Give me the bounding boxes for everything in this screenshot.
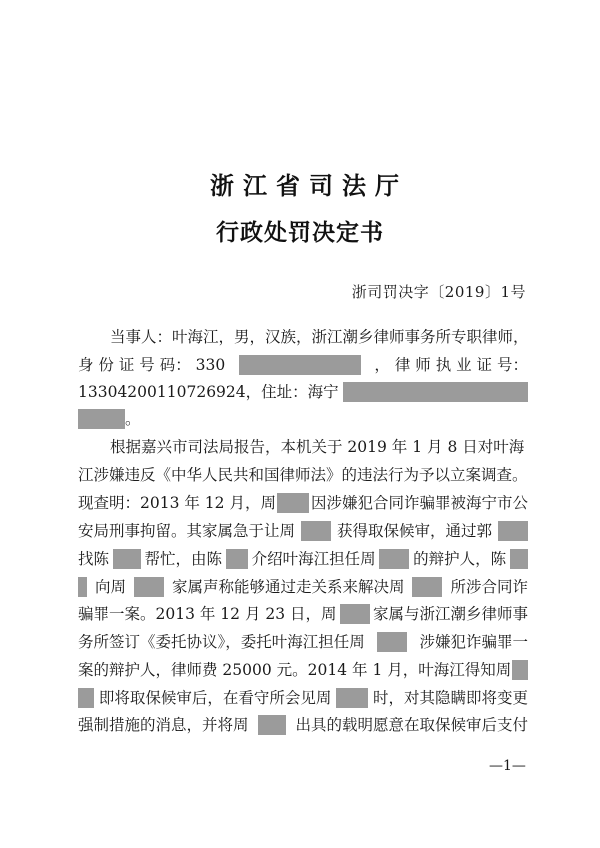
facts-text: 向周: [95, 576, 126, 598]
party-line-3: 13304200110726924，住址：海宁: [78, 381, 528, 403]
document-number: 浙司罚决字〔2019〕1号: [352, 281, 526, 302]
redacted-name: [301, 521, 331, 541]
redacted-name: [226, 549, 248, 569]
facts-text: 的辩护人，陈: [413, 548, 506, 570]
facts-text: 家属与浙江潮乡律师事: [373, 603, 528, 625]
facts-text: 涉嫌犯诈骗罪一: [419, 631, 528, 653]
facts-text: 因涉嫌犯合同诈骗罪被海宁市公: [311, 492, 528, 514]
party-line-1: 当事人：叶海江，男，汉族，浙江潮乡律师事务所专职律师，: [110, 326, 528, 348]
document-type-title: 行政处罚决定书: [0, 214, 600, 247]
redacted-name: [340, 604, 370, 624]
redacted-name: [78, 577, 87, 597]
facts-text: 现查明：2013 年 12 月，周: [78, 492, 276, 514]
facts-text: 案的辩护人，律师费 25000 元。2014 年 1 月，叶海江得知周: [78, 659, 511, 681]
period: 。: [125, 408, 141, 430]
facts-text: 找陈: [78, 548, 109, 570]
facts-text: 出具的载明愿意在取保候审后支付: [295, 714, 528, 736]
license-label: ， 律 师 执 业 证 号：: [374, 354, 528, 376]
facts-line-11: 强制措施的消息，并将周 出具的载明愿意在取保候审后支付: [78, 714, 528, 736]
redacted-name: [412, 577, 442, 597]
redacted-name: [510, 549, 528, 569]
facts-line-6: 向周 家属声称能够通过走关系来解决周 所涉合同诈: [78, 576, 528, 598]
facts-text: 骗罪一案。2013 年 12 月 23 日，周: [78, 603, 337, 625]
redacted-name: [377, 632, 407, 652]
facts-text: 根据嘉兴市司法局报告，本机关于 2019 年 1 月 8 日对叶海: [110, 436, 524, 458]
redacted-name: [258, 715, 286, 735]
redacted-name: [336, 688, 368, 708]
facts-text: 安局刑事拘留。其家属急于让周: [78, 520, 295, 542]
redacted-name: [498, 521, 528, 541]
redacted-id-number: [239, 355, 361, 375]
license-and-address: 13304200110726924，住址：海宁: [78, 381, 339, 403]
page-number: —1—: [489, 758, 526, 774]
facts-line-10: 即将取保候审后，在看守所会见周 时，对其隐瞒即将变更: [78, 687, 528, 709]
issuer-title: 浙江省司法厅: [0, 166, 600, 201]
redacted-name: [277, 493, 309, 513]
party-line-2: 身 份 证 号 码： 330 ， 律 师 执 业 证 号：: [78, 354, 528, 376]
redacted-name: [78, 688, 94, 708]
party-line-4: 。: [78, 408, 528, 430]
redacted-name: [113, 549, 141, 569]
facts-line-4: 安局刑事拘留。其家属急于让周 获得取保候审，通过郭: [78, 520, 528, 542]
facts-line-7: 骗罪一案。2013 年 12 月 23 日，周 家属与浙江潮乡律师事: [78, 603, 528, 625]
facts-text: 江涉嫌违反《中华人民共和国律师法》的违法行为予以立案调查。: [78, 464, 528, 486]
facts-line-8: 务所签订《委托协议》，委托叶海江担任周 涉嫌犯诈骗罪一: [78, 631, 528, 653]
document-page: 浙江省司法厅 行政处罚决定书 浙司罚决字〔2019〕1号 当事人：叶海江，男，汉…: [0, 0, 600, 848]
redacted-name: [512, 660, 528, 680]
facts-text: 即将取保候审后，在看守所会见周: [99, 687, 332, 709]
facts-text: 务所签订《委托协议》，委托叶海江担任周: [78, 631, 365, 653]
facts-text: 家属声称能够通过走关系来解决周: [172, 576, 405, 598]
facts-text: 所涉合同诈: [450, 576, 528, 598]
redacted-address-cont: [78, 409, 125, 429]
redacted-name: [134, 577, 164, 597]
facts-text: 获得取保候审，通过郭: [337, 520, 492, 542]
redacted-name: [379, 549, 409, 569]
facts-text: 强制措施的消息，并将周: [78, 714, 249, 736]
facts-line-3: 现查明：2013 年 12 月，周 因涉嫌犯合同诈骗罪被海宁市公: [78, 492, 528, 514]
redacted-address: [343, 382, 528, 402]
facts-text: 帮忙，由陈: [145, 548, 223, 570]
id-number-label: 身 份 证 号 码： 330: [78, 354, 225, 376]
facts-text: 介绍叶海江担任周: [252, 548, 376, 570]
facts-line-9: 案的辩护人，律师费 25000 元。2014 年 1 月，叶海江得知周: [78, 659, 528, 681]
facts-line-1: 根据嘉兴市司法局报告，本机关于 2019 年 1 月 8 日对叶海: [110, 436, 528, 458]
facts-line-2: 江涉嫌违反《中华人民共和国律师法》的违法行为予以立案调查。: [78, 464, 528, 486]
party-text: 当事人：叶海江，男，汉族，浙江潮乡律师事务所专职律师，: [110, 326, 529, 348]
facts-text: 时，对其隐瞒即将变更: [373, 687, 528, 709]
facts-line-5: 找陈 帮忙，由陈 介绍叶海江担任周 的辩护人，陈: [78, 548, 528, 570]
